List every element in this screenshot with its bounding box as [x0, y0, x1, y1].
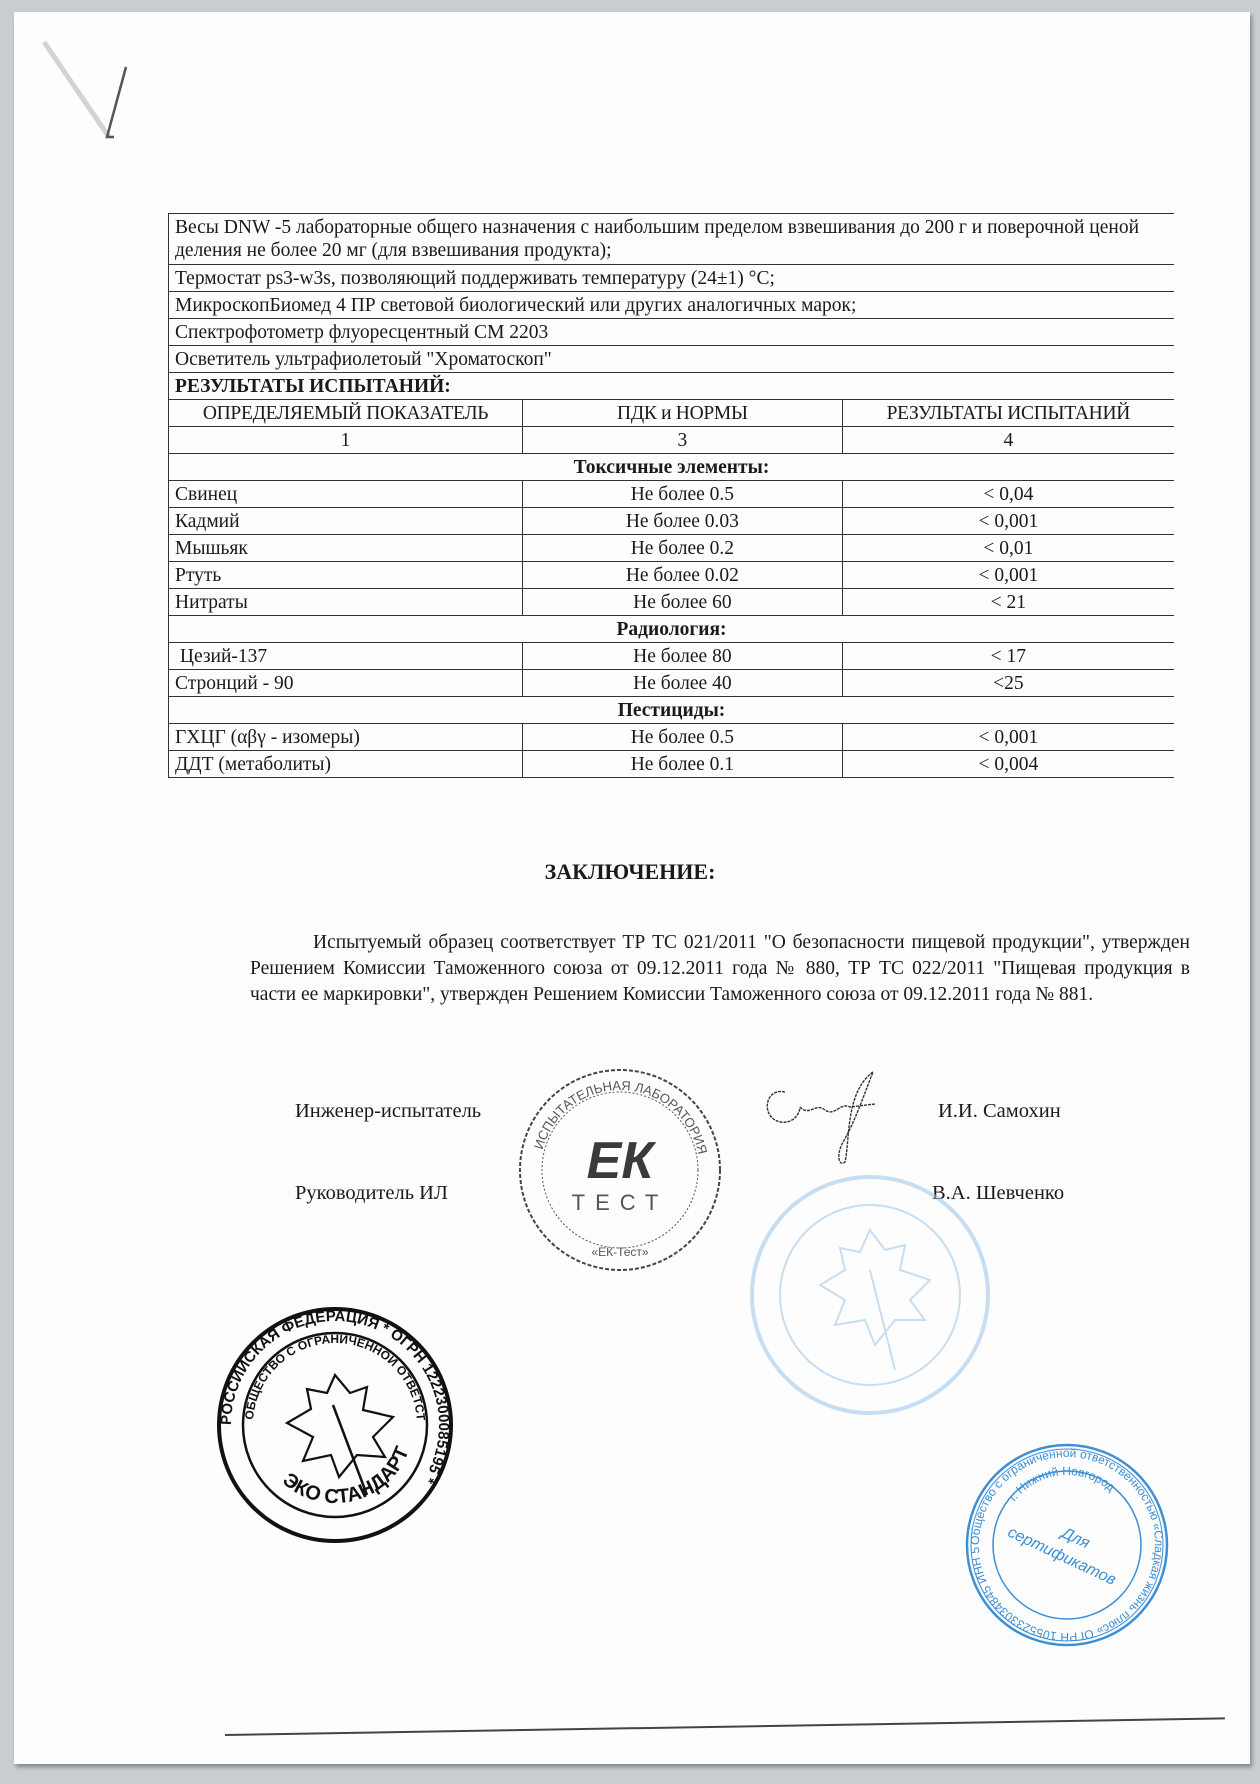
table-row: СвинецНе более 0.5< 0,04 — [169, 481, 1175, 508]
column-number: 1 — [169, 427, 523, 454]
signature-role-engineer: Инженер-испытатель — [295, 1100, 481, 1123]
result-cell: < 0,04 — [842, 481, 1174, 508]
lab-stamp-icon: ИСПЫТАТЕЛЬНАЯ ЛАБОРАТОРИЯ ЕК ТЕСТ «ЕК-Те… — [510, 1060, 730, 1280]
result-cell: < 0,004 — [842, 751, 1174, 778]
indicator-cell: Ртуть — [169, 562, 523, 589]
result-cell: < 0,001 — [842, 562, 1174, 589]
norm-cell: Не более 0.2 — [523, 535, 843, 562]
equipment-item: МикроскопБиомед 4 ПР световой биологичес… — [169, 292, 1175, 319]
table-row: НитратыНе более 60< 21 — [169, 589, 1175, 616]
group-title: Радиология: — [169, 616, 1175, 643]
table-row: КадмийНе более 0.03< 0,001 — [169, 508, 1175, 535]
signature-role-head: Руководитель ИЛ — [295, 1182, 448, 1205]
signature-name-engineer: И.И. Самохин — [938, 1100, 1061, 1123]
handwritten-signature-icon — [755, 1062, 895, 1172]
conclusion-title: ЗАКЛЮЧЕНИЕ: — [0, 859, 1260, 885]
equipment-item: Осветитель ультрафиолетоый "Хроматоскоп" — [169, 346, 1175, 373]
indicator-cell: Цезий-137 — [169, 643, 523, 670]
column-header: ОПРЕДЕЛЯЕМЫЙ ПОКАЗАТЕЛЬ — [169, 400, 523, 427]
result-cell: < 0,001 — [842, 508, 1174, 535]
table-row: Цезий-137Не более 80< 17 — [169, 643, 1175, 670]
result-cell: < 17 — [842, 643, 1174, 670]
faded-eco-stamp-icon — [745, 1170, 995, 1420]
table-row: ГХЦГ (αβγ - изомеры)Не более 0.5< 0,001 — [169, 724, 1175, 751]
equipment-item: Спектрофотометр флуоресцентный СМ 2203 — [169, 319, 1175, 346]
norm-cell: Не более 0.5 — [523, 724, 843, 751]
indicator-cell: Кадмий — [169, 508, 523, 535]
svg-text:ЕК: ЕК — [587, 1132, 657, 1190]
table-row: ДДТ (метаболиты)Не более 0.1< 0,004 — [169, 751, 1175, 778]
table-row: Стронций - 90Не более 40<25 — [169, 670, 1175, 697]
indicator-cell: ГХЦГ (αβγ - изомеры) — [169, 724, 523, 751]
indicator-cell: Свинец — [169, 481, 523, 508]
table-row: РтутьНе более 0.02< 0,001 — [169, 562, 1175, 589]
column-header: ПДК и НОРМЫ — [523, 400, 843, 427]
result-cell: <25 — [842, 670, 1174, 697]
norm-cell: Не более 80 — [523, 643, 843, 670]
table-row: МышьякНе более 0.2< 0,01 — [169, 535, 1175, 562]
equipment-item: Термостат ps3-w3s, позволяющий поддержив… — [169, 265, 1175, 292]
svg-text:ТЕСТ: ТЕСТ — [572, 1190, 669, 1215]
result-cell: < 0,001 — [842, 724, 1174, 751]
norm-cell: Не более 0.02 — [523, 562, 843, 589]
indicator-cell: Мышьяк — [169, 535, 523, 562]
equipment-item: Весы DNW -5 лабораторные общего назначен… — [169, 214, 1175, 265]
indicator-cell: Стронций - 90 — [169, 670, 523, 697]
company-round-stamp-icon: Общество с ограниченной ответственностью… — [962, 1440, 1172, 1650]
eco-standard-stamp-icon: РОССИЙСКАЯ ФЕДЕРАЦИЯ * ОГРН 122230008519… — [215, 1305, 455, 1545]
group-title: Токсичные элементы: — [169, 454, 1175, 481]
staple-mark-icon — [14, 12, 164, 162]
norm-cell: Не более 60 — [523, 589, 843, 616]
indicator-cell: Нитраты — [169, 589, 523, 616]
column-number: 3 — [523, 427, 843, 454]
results-table: Весы DNW -5 лабораторные общего назначен… — [168, 213, 1174, 778]
norm-cell: Не более 0.5 — [523, 481, 843, 508]
result-cell: < 0,01 — [842, 535, 1174, 562]
group-title: Пестициды: — [169, 697, 1175, 724]
result-cell: < 21 — [842, 589, 1174, 616]
svg-text:«ЕК-Тест»: «ЕК-Тест» — [591, 1245, 648, 1259]
norm-cell: Не более 40 — [523, 670, 843, 697]
conclusion-text: Испытуемый образец соответствует ТР ТС 0… — [250, 930, 1190, 1008]
indicator-cell: ДДТ (метаболиты) — [169, 751, 523, 778]
norm-cell: Не более 0.1 — [523, 751, 843, 778]
column-number: 4 — [842, 427, 1174, 454]
results-section-title: РЕЗУЛЬТАТЫ ИСПЫТАНИЙ: — [169, 373, 1175, 400]
column-header: РЕЗУЛЬТАТЫ ИСПЫТАНИЙ — [842, 400, 1174, 427]
norm-cell: Не более 0.03 — [523, 508, 843, 535]
svg-text:ЭКО СТАНДАРТ: ЭКО СТАНДАРТ — [278, 1444, 413, 1509]
